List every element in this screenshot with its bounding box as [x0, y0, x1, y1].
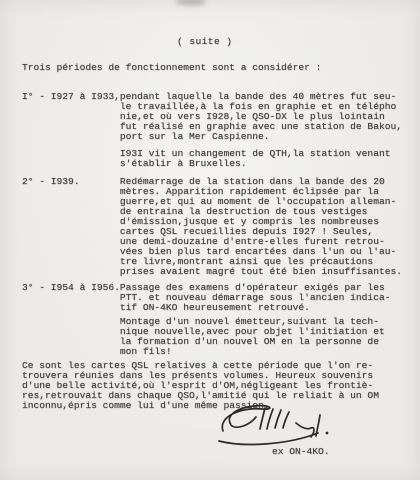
- text-line: port sur la Mer Caspienne.: [22, 132, 402, 142]
- text-line: prises avaient magré tout été bien insuf…: [22, 267, 402, 277]
- scan-smudge: [176, 0, 206, 6]
- qth-change-paragraph: I93I vit un changement de QTH,la station…: [22, 149, 390, 169]
- period-2-paragraph: 2° - I939. Redémarrage de la station dan…: [22, 177, 402, 277]
- intro-line: Trois périodes de fonctionnement sont a …: [22, 63, 321, 73]
- period-1-paragraph: I° - I927 à I933,pendant laquelle la ban…: [22, 92, 402, 142]
- text-line: s'établir à Bruxelles.: [22, 159, 390, 169]
- scanned-document-page: ( suite ) Trois périodes de fonctionneme…: [0, 0, 420, 480]
- text-line: tif ON-4KO heureusement retrouvé.: [22, 303, 390, 313]
- text-line: mon fils!: [22, 347, 385, 357]
- period-3-paragraph: 3° - I954 à I956.Passage des examens d'o…: [22, 283, 390, 313]
- signature-caption: ex ON-4KO.: [272, 447, 330, 457]
- montage-paragraph: Montage d'un nouvel émetteur,suivant la …: [22, 317, 385, 357]
- page-heading: ( suite ): [177, 37, 232, 47]
